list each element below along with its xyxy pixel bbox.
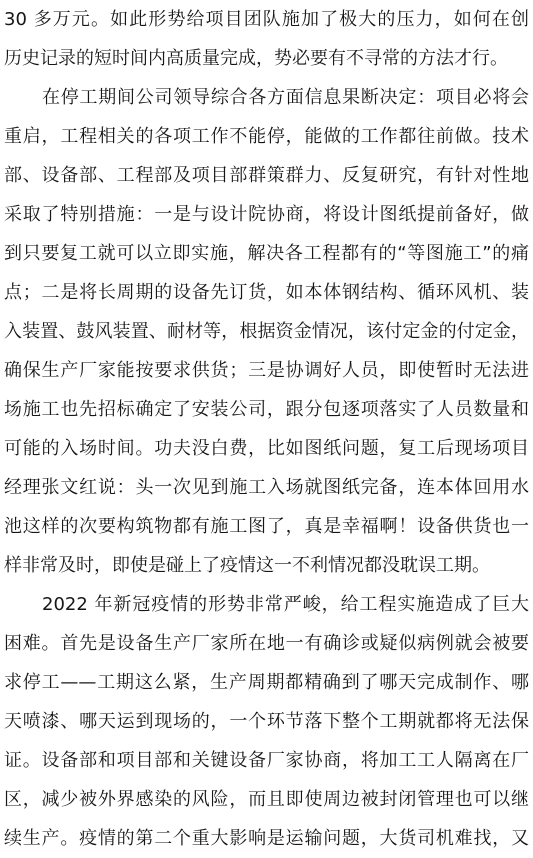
text-line: 点；二是将长周期的设备先订货，如本体钢结构、循环风机、装 xyxy=(4,273,529,312)
text-line: 证。设备部和项目部和关键设备厂家协商，将加工工人隔离在厂 xyxy=(4,741,529,780)
text-line: 30 多万元。如此形势给项目团队施加了极大的压力，如何在创 xyxy=(4,0,529,39)
text-line: 困难。首先是设备生产厂家所在地一有确诊或疑似病例就会被要 xyxy=(4,624,529,663)
text-line: 求停工——工期这么紧，生产周期都精确到了哪天完成制作、哪 xyxy=(4,663,529,702)
text-line: 天喷漆、哪天运到现场的，一个环节落下整个工期就都将无法保 xyxy=(4,702,529,741)
text-line: 续生产。疫情的第二个重大影响是运输问题，大货司机难找，又 xyxy=(4,819,529,858)
text-line: 区，减少被外界感染的风险，而且即使周边被封闭管理也可以继 xyxy=(4,780,529,819)
document-page: 30 多万元。如此形势给项目团队施加了极大的压力，如何在创 历史记录的短时间内高… xyxy=(0,0,533,858)
text-line: 可能的入场时间。功夫没白费，比如图纸问题，复工后现场项目 xyxy=(4,429,529,468)
text-line: 到只要复工就可以立即实施，解决各工程都有的“等图施工”的痛 xyxy=(4,234,529,273)
text-line: 在停工期间公司领导综合各方面信息果断决定：项目必将会 xyxy=(4,78,529,117)
text-line: 重启，工程相关的各项工作不能停，能做的工作都往前做。技术 xyxy=(4,117,529,156)
text-line: 场施工也先招标确定了安装公司，跟分包逐项落实了人员数量和 xyxy=(4,390,529,429)
text-line: 2022 年新冠疫情的形势非常严峻，给工程实施造成了巨大 xyxy=(4,585,529,624)
text-line: 确保生产厂家能按要求供货；三是协调好人员，即使暂时无法进 xyxy=(4,351,529,390)
text-line: 池这样的次要构筑物都有施工图了，真是幸福啊！设备供货也一 xyxy=(4,507,529,546)
text-line: 入装置、鼓风装置、耐材等，根据资金情况，该付定金的付定金， xyxy=(4,312,529,351)
text-line: 样非常及时，即使是碰上了疫情这一不利情况都没耽误工期。 xyxy=(4,546,529,585)
text-line: 部、设备部、工程部及项目部群策群力、反复研究，有针对性地 xyxy=(4,156,529,195)
text-line: 历史记录的短时间内高质量完成，势必要有不寻常的方法才行。 xyxy=(4,39,529,78)
text-line: 经理张文红说：头一次见到施工入场就图纸完备，连本体回用水 xyxy=(4,468,529,507)
text-line: 采取了特别措施：一是与设计院协商，将设计图纸提前备好，做 xyxy=(4,195,529,234)
